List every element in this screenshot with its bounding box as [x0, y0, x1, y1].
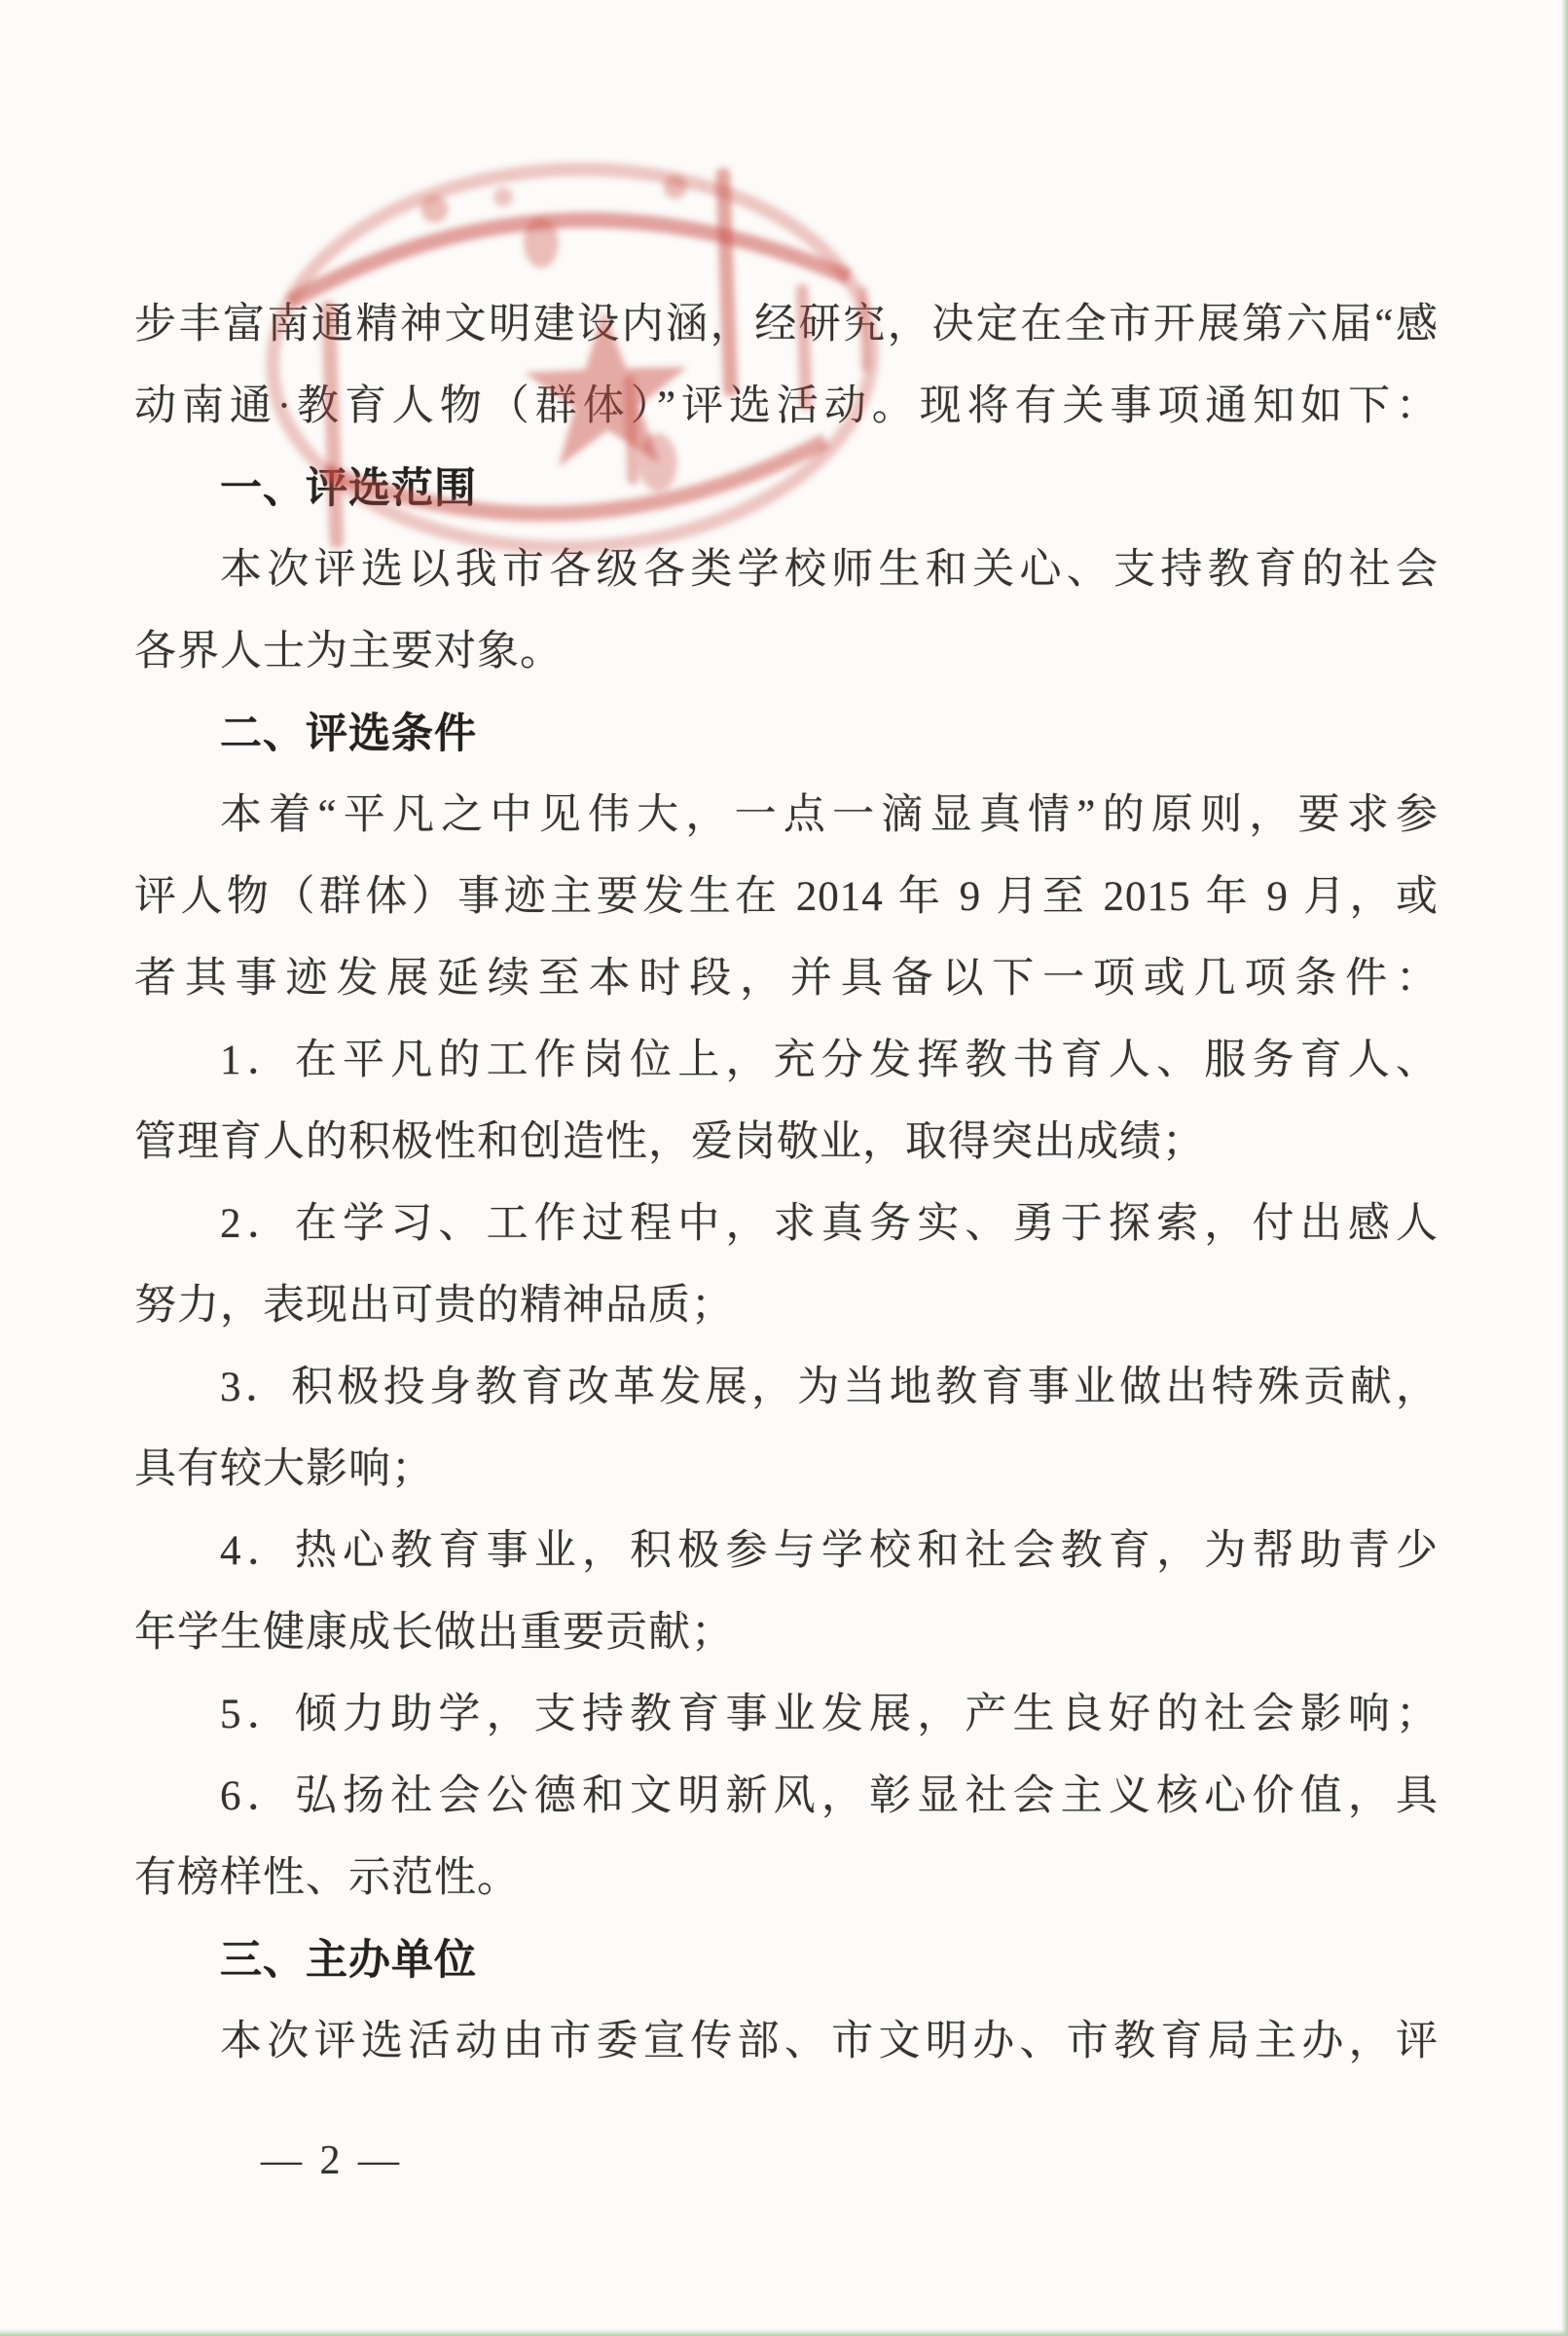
- document-body: 步丰富南通精神文明建设内涵，经研究，决定在全市开展第六届“感动南通·教育人物（群…: [134, 284, 1439, 2083]
- page-number: — 2 —: [261, 2137, 403, 2184]
- text-line: 动南通·教育人物（群体）”评选活动。现将有关事项通知如下：: [134, 366, 1439, 448]
- text-line: 本次评选活动由市委宣传部、市文明办、市教育局主办，评: [134, 2001, 1439, 2083]
- text-line: 5．倾力助学，支持教育事业发展，产生良好的社会影响；: [134, 1674, 1439, 1756]
- text-line: 者其事迹发展延续至本时段，并具备以下一项或几项条件：: [134, 938, 1439, 1020]
- text-line: 评人物（群体）事迹主要发生在 2014 年 9 月至 2015 年 9 月，或: [134, 857, 1439, 938]
- scanned-document-page: 步丰富南通精神文明建设内涵，经研究，决定在全市开展第六届“感动南通·教育人物（群…: [0, 0, 1568, 2336]
- text-line: 努力，表现出可贵的精神品质；: [134, 1265, 1439, 1347]
- scan-edge-right: [1561, 0, 1568, 2336]
- text-line: 具有较大影响；: [134, 1429, 1439, 1511]
- text-line: 各界人士为主要对象。: [134, 611, 1439, 693]
- text-line: 本着“平凡之中见伟大，一点一滴显真情”的原则，要求参: [134, 775, 1439, 857]
- scan-edge-bottom: [0, 2329, 1568, 2336]
- section-heading: 二、评选条件: [134, 693, 1439, 775]
- text-line: 2．在学习、工作过程中，求真务实、勇于探索，付出感人: [134, 1184, 1439, 1265]
- text-line: 管理育人的积极性和创造性，爱岗敬业，取得突出成绩；: [134, 1102, 1439, 1184]
- text-line: 本次评选以我市各级各类学校师生和关心、支持教育的社会: [134, 529, 1439, 611]
- section-heading: 三、主办单位: [134, 1919, 1439, 2001]
- text-line: 步丰富南通精神文明建设内涵，经研究，决定在全市开展第六届“感: [134, 284, 1439, 366]
- text-line: 4．热心教育事业，积极参与学校和社会教育，为帮助青少: [134, 1511, 1439, 1592]
- text-line: 年学生健康成长做出重要贡献；: [134, 1592, 1439, 1674]
- text-line: 有榜样性、示范性。: [134, 1838, 1439, 1919]
- text-line: 1．在平凡的工作岗位上，充分发挥教书育人、服务育人、: [134, 1020, 1439, 1102]
- section-heading: 一、评选范围: [134, 448, 1439, 529]
- text-line: 6．弘扬社会公德和文明新风，彰显社会主义核心价值，具: [134, 1756, 1439, 1838]
- text-line: 3．积极投身教育改革发展，为当地教育事业做出特殊贡献，: [134, 1347, 1439, 1429]
